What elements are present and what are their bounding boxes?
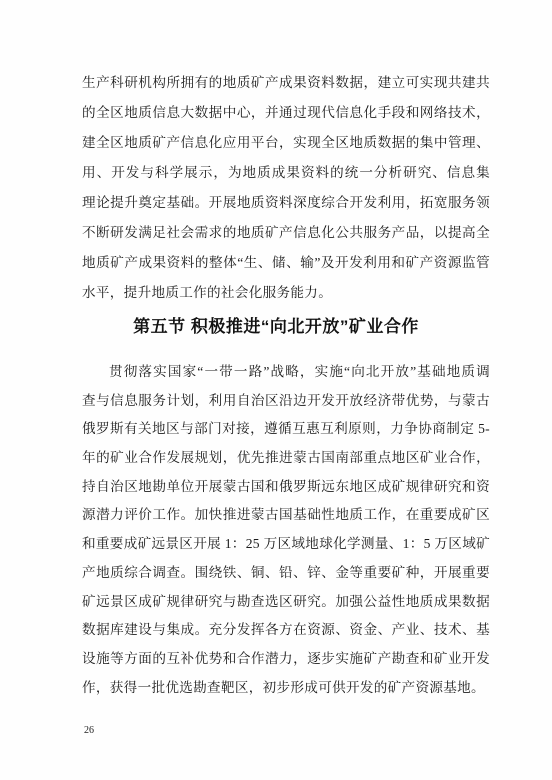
text-line: 年的矿业合作发展规划，优先推进蒙古国南部重点地区矿业合作，支 (82, 444, 490, 473)
text-line: 理论提升奠定基础。开展地质资料深度综合开发利用，拓宽服务领域， (82, 188, 490, 218)
paragraph-continuation: 生产科研机构所拥有的地质矿产成果资料数据，建立可实现共建共享 的全区地质信息大数… (82, 68, 490, 308)
text-line: 俄罗斯有关地区与部门对接，遵循互惠互利原则，力争协商制定 5-10 (82, 415, 490, 444)
text-line: 贯彻落实国家“一带一路”战略，实施“向北开放”基础地质调 (82, 358, 490, 387)
text-line: 和重要成矿远景区开展 1：25 万区域地球化学测量、1：5 万区域矿 (82, 530, 490, 559)
text-line: 矿远景区成矿规律研究与勘查选区研究。加强公益性地质成果数据的 (82, 588, 490, 617)
text-line: 持自治区地勘单位开展蒙古国和俄罗斯远东地区成矿规律研究和资 (82, 473, 490, 502)
section-heading: 第五节 积极推进“向北开放”矿业合作 (62, 311, 490, 343)
text-line: 产地质综合调查。围绕铁、铜、铅、锌、金等重要矿种，开展重要成 (82, 559, 490, 588)
text-line: 地质矿产成果资料的整体“生、储、输”及开发利用和矿产资源监管 (82, 248, 490, 278)
document-page: 生产科研机构所拥有的地质矿产成果资料数据，建立可实现共建共享 的全区地质信息大数… (0, 0, 552, 780)
text-line: 建全区地质矿产信息化应用平台，实现全区地质数据的集中管理、应 (82, 128, 490, 158)
text-line: 数据库建设与集成。充分发挥各方在资源、资金、产业、技术、基础 (82, 616, 490, 645)
text-line: 不断研发满足社会需求的地质矿产信息化公共服务产品，以提高全区 (82, 218, 490, 248)
text-line: 的全区地质信息大数据中心，并通过现代信息化手段和网络技术，搭 (82, 98, 490, 128)
text-line: 源潜力评价工作。加快推进蒙古国基础性地质工作，在重要成矿区带 (82, 501, 490, 530)
text-line: 生产科研机构所拥有的地质矿产成果资料数据，建立可实现共建共享 (82, 68, 490, 98)
paragraph-body: 贯彻落实国家“一带一路”战略，实施“向北开放”基础地质调 查与信息服务计划，利用… (82, 358, 490, 702)
text-line: 设施等方面的互补优势和合作潜力，逐步实施矿产勘查和矿业开发合 (82, 645, 490, 674)
page-number: 26 (84, 724, 94, 738)
text-line: 查与信息服务计划，利用自治区沿边开发开放经济带优势，与蒙古国、 (82, 387, 490, 416)
text-line: 用、开发与科学展示，为地质成果资料的统一分析研究、信息集成、 (82, 158, 490, 188)
text-line: 水平，提升地质工作的社会化服务能力。 (82, 278, 490, 308)
text-line: 作，获得一批优选勘查靶区，初步形成可供开发的矿产资源基地。 (82, 674, 490, 703)
